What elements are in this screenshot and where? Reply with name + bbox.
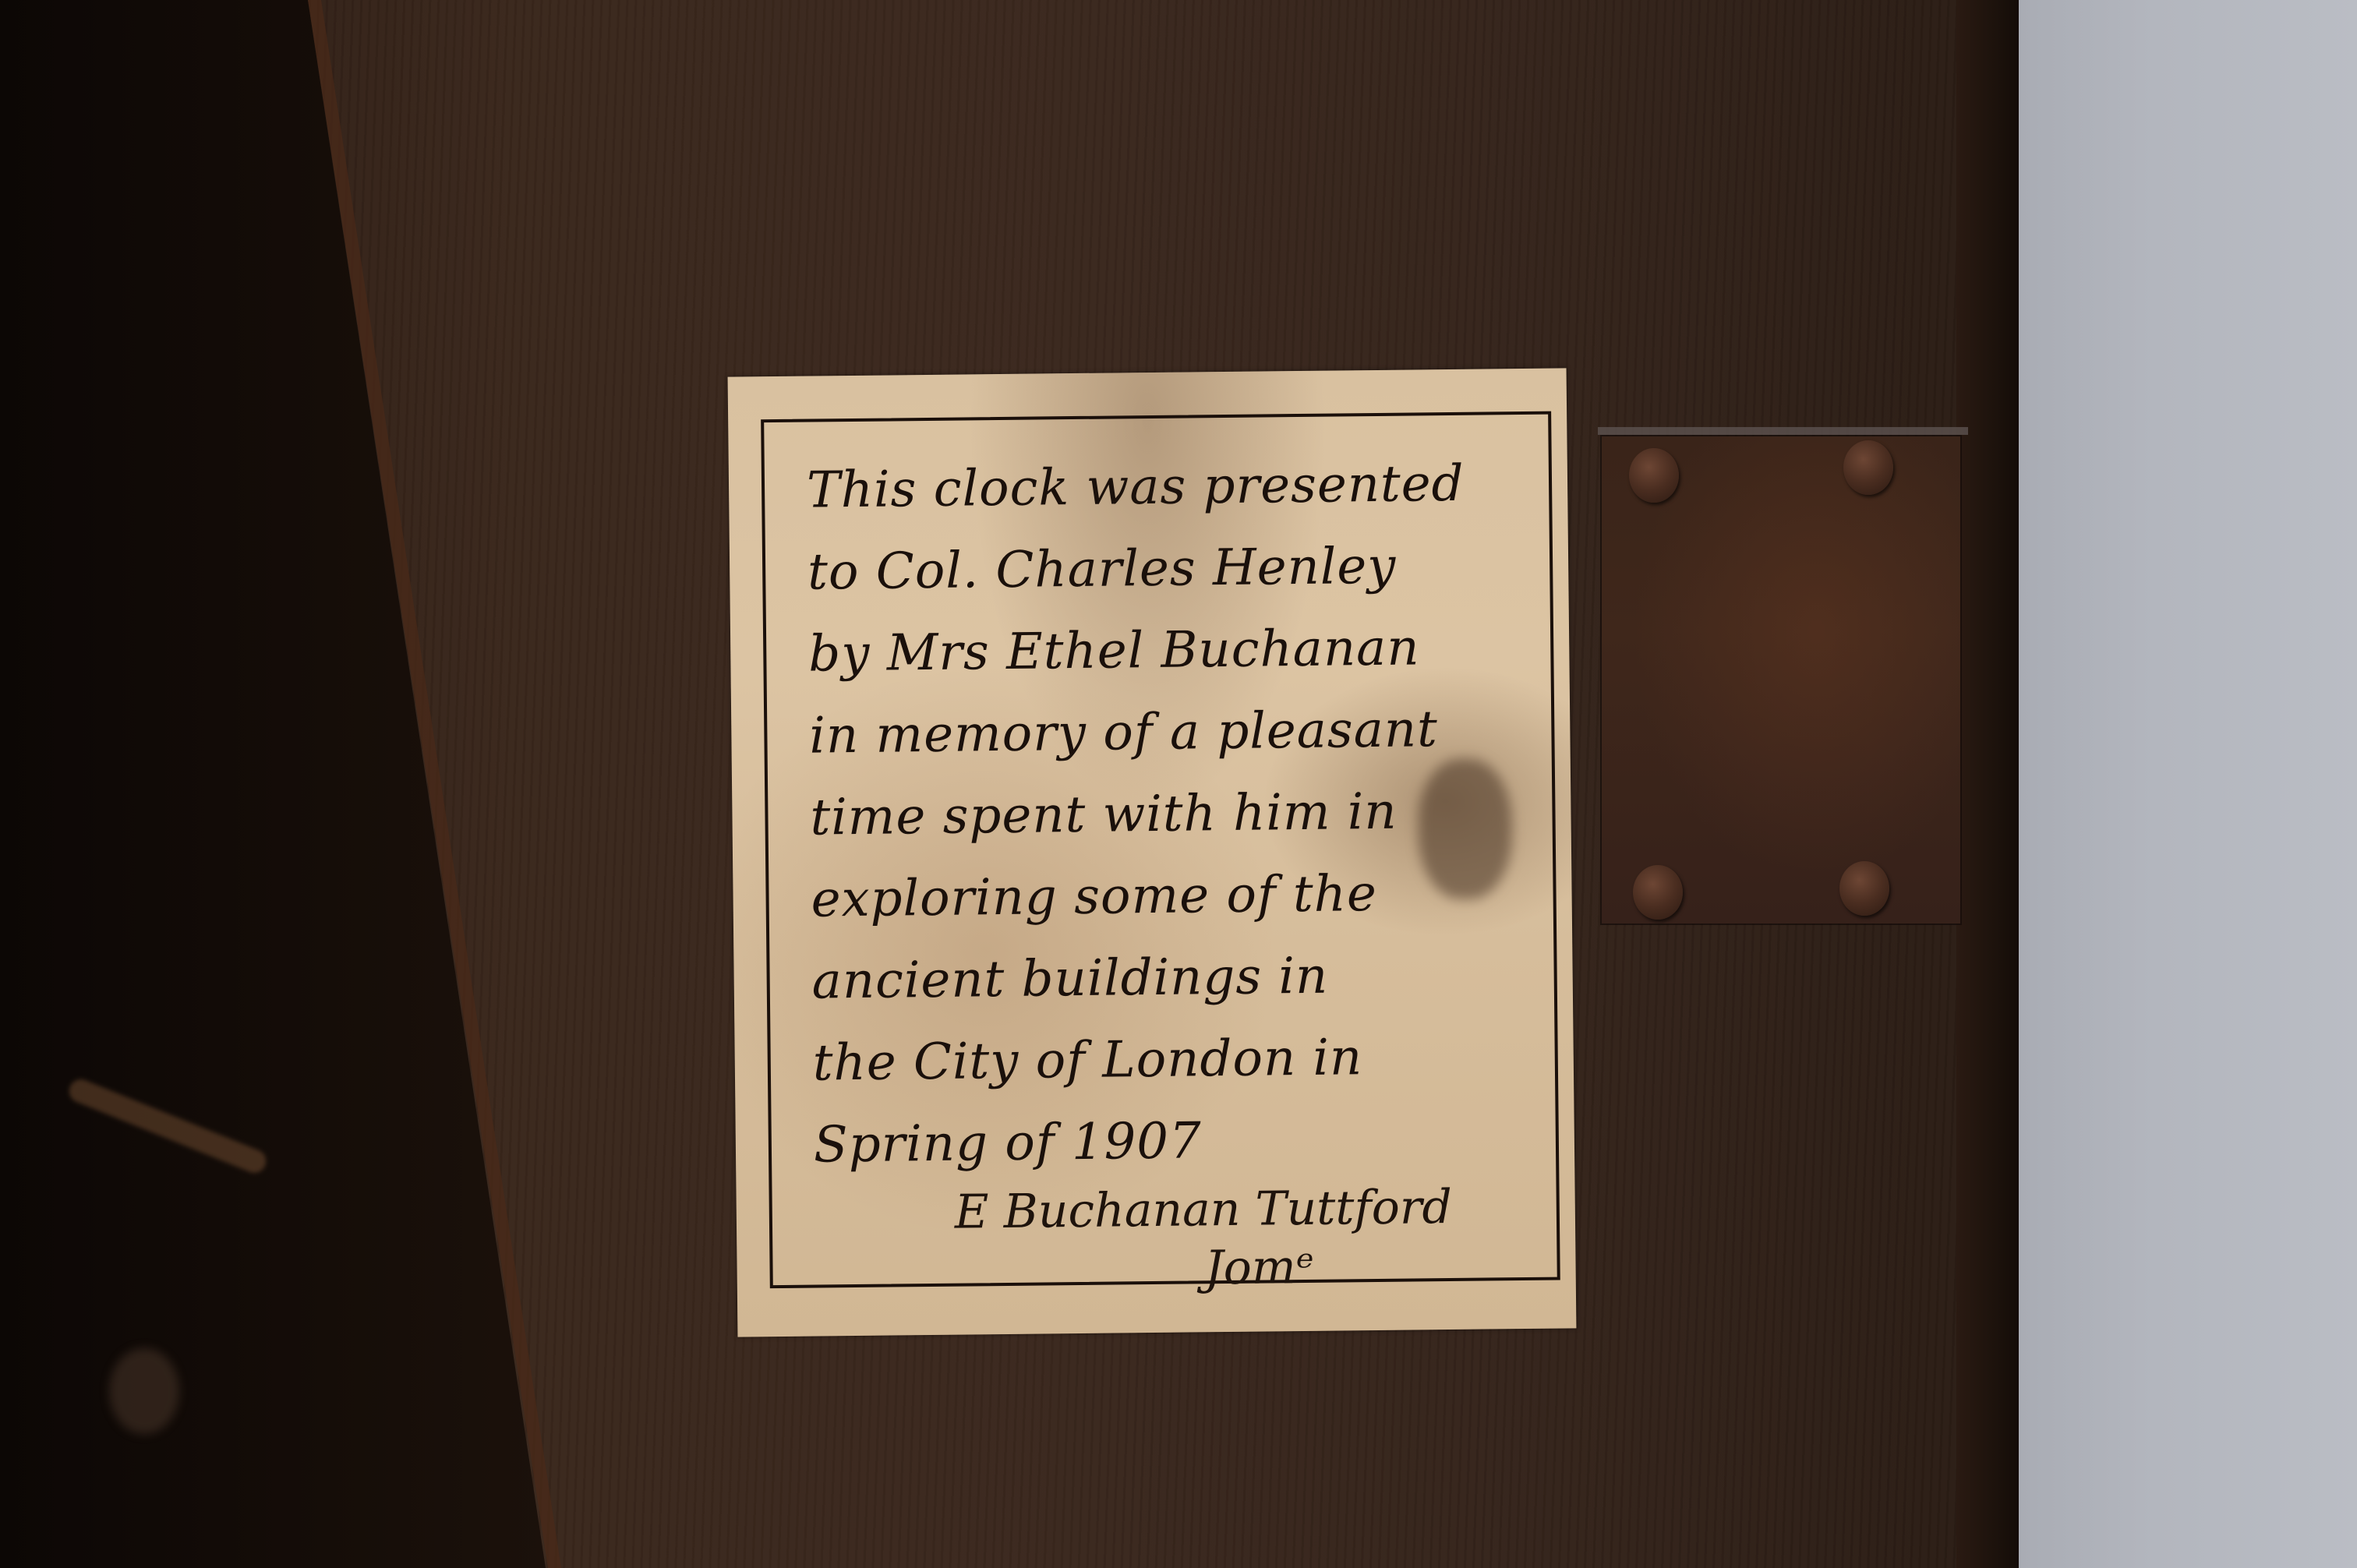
label-line: in memory of a pleasant (809, 688, 1511, 777)
handwritten-label: This clock was presented to Col. Charles… (728, 368, 1577, 1337)
hinge-top-edge (1598, 427, 1968, 435)
clock-case-right-edge (1956, 0, 2023, 1568)
gray-wall (2019, 0, 2357, 1568)
rivet-icon (1839, 861, 1889, 916)
label-line: the City of London in (812, 1015, 1514, 1104)
label-signature-suffix: Jomᵉ (1204, 1240, 1314, 1295)
label-line: exploring some of the (811, 852, 1513, 941)
photo-scene: This clock was presented to Col. Charles… (0, 0, 2357, 1568)
label-line: This clock was presented (807, 443, 1509, 531)
rivet-icon (1633, 865, 1683, 920)
label-line: to Col. Charles Henley (807, 524, 1510, 613)
wood-spot (109, 1348, 179, 1434)
label-line: time spent with him in (810, 770, 1512, 859)
label-line: Spring of 1907 (813, 1097, 1515, 1186)
rivet-icon (1629, 448, 1679, 503)
rivet-icon (1843, 440, 1893, 495)
label-line: by Mrs Ethel Buchanan (808, 606, 1511, 695)
iron-hinge-plate (1602, 436, 1960, 923)
label-line: ancient buildings in (811, 934, 1514, 1022)
label-body: This clock was presented to Col. Charles… (807, 443, 1516, 1186)
label-signature: E Buchanan Tuttford (954, 1180, 1452, 1240)
